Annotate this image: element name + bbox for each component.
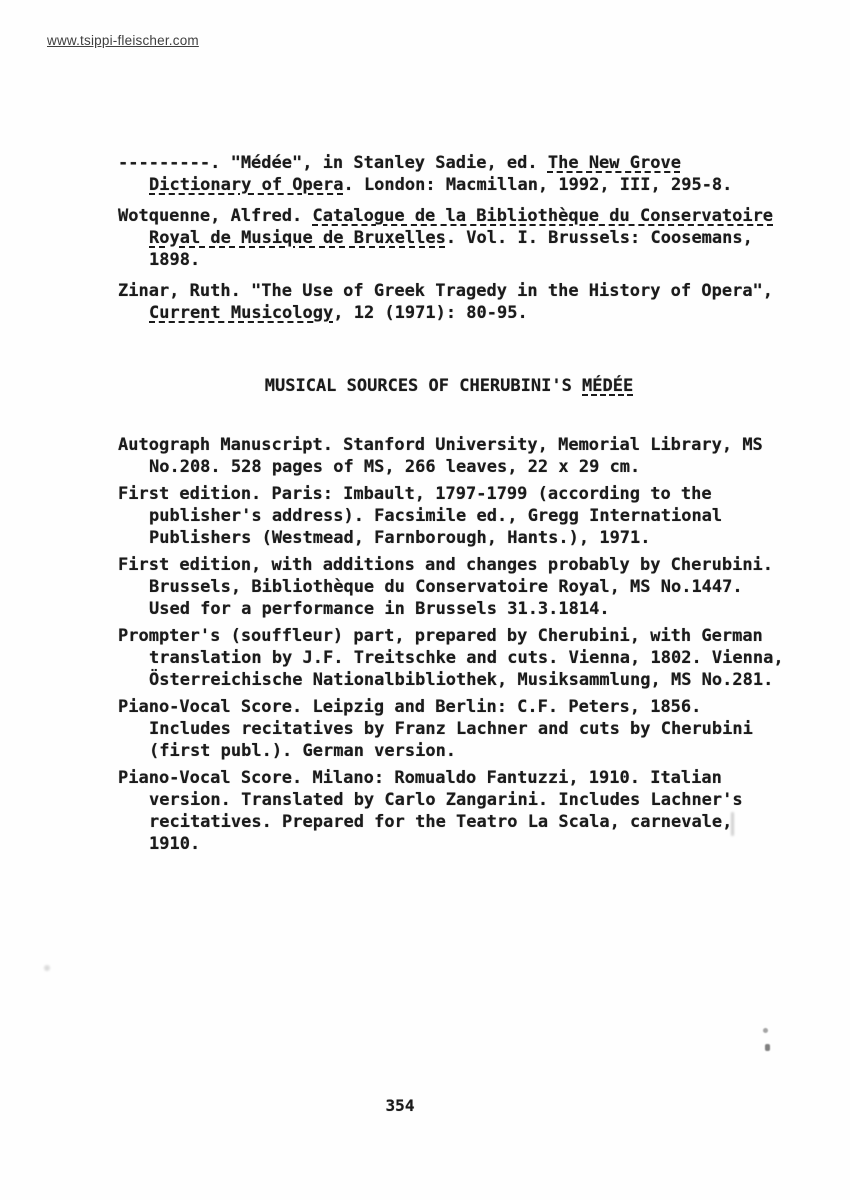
scan-artifact-dot	[765, 1044, 770, 1051]
source-line: recitatives. Prepared for the Teatro La …	[149, 811, 784, 833]
source-line: Österreichische Nationalbibliothek, Musi…	[149, 669, 784, 691]
text-segment: Wotquenne, Alfred.	[118, 206, 312, 226]
scan-artifact-dot	[44, 965, 50, 971]
bibliography-line: Dictionary of Opera. London: Macmillan, …	[149, 174, 773, 196]
source-line: First edition. Paris: Imbault, 1797-1799…	[118, 483, 784, 505]
text-segment: , 12 (1971): 80-95.	[333, 303, 527, 323]
source-entry: First edition, with additions and change…	[118, 554, 784, 620]
underlined-title-segment: Current Musicology	[149, 303, 333, 323]
source-line: No.208. 528 pages of MS, 266 leaves, 22 …	[149, 456, 784, 478]
text-segment: . London: Macmillan, 1992, III, 295-8.	[343, 175, 732, 195]
source-line: version. Translated by Carlo Zangarini. …	[149, 789, 784, 811]
source-entry: Autograph Manuscript. Stanford Universit…	[118, 434, 784, 478]
page-number: 354	[340, 1096, 460, 1115]
source-line: Includes recitatives by Franz Lachner an…	[149, 718, 784, 740]
source-line: 1910.	[149, 833, 784, 855]
underlined-title-segment: The New Grove	[548, 153, 681, 173]
source-entry: Prompter's (souffleur) part, prepared by…	[118, 625, 784, 691]
source-line: translation by J.F. Treitschke and cuts.…	[149, 647, 784, 669]
source-line: Autograph Manuscript. Stanford Universit…	[118, 434, 784, 456]
bibliography-entry: ---------. "Médée", in Stanley Sadie, ed…	[118, 152, 773, 196]
section-heading: MUSICAL SOURCES OF CHERUBINI'S MÉDÉE	[0, 376, 850, 396]
bibliography-entry: Wotquenne, Alfred. Catalogue de la Bibli…	[118, 205, 773, 271]
underlined-title-segment: Dictionary of Opera	[149, 175, 343, 195]
source-line: publisher's address). Facsimile ed., Gre…	[149, 505, 784, 527]
source-entry: Piano-Vocal Score. Leipzig and Berlin: C…	[118, 696, 784, 762]
source-entry: Piano-Vocal Score. Milano: Romualdo Fant…	[118, 767, 784, 855]
source-line: First edition, with additions and change…	[118, 554, 784, 576]
underlined-title-segment: Catalogue de la Bibliothèque du Conserva…	[312, 206, 773, 226]
bibliography-line: Zinar, Ruth. "The Use of Greek Tragedy i…	[118, 280, 773, 302]
source-line: Publishers (Westmead, Farnborough, Hants…	[149, 527, 784, 549]
text-segment: . Vol. I. Brussels: Coosemans,	[446, 228, 753, 248]
source-line: Brussels, Bibliothèque du Conservatoire …	[149, 576, 784, 598]
bibliography-line: Royal de Musique de Bruxelles. Vol. I. B…	[149, 227, 773, 249]
section-heading-prefix: MUSICAL SOURCES OF CHERUBINI'S	[265, 376, 582, 396]
section-heading-title-underlined: MÉDÉE	[582, 376, 633, 396]
text-segment: Zinar, Ruth. "The Use of Greek Tragedy i…	[118, 281, 773, 301]
underlined-title-segment: Royal de Musique de Bruxelles	[149, 228, 446, 248]
site-url-watermark: www.tsippi-fleischer.com	[47, 33, 199, 48]
bibliography-list: ---------. "Médée", in Stanley Sadie, ed…	[118, 152, 773, 333]
bibliography-line: Current Musicology, 12 (1971): 80-95.	[149, 302, 773, 324]
source-line: (first publ.). German version.	[149, 740, 784, 762]
musical-sources-list: Autograph Manuscript. Stanford Universit…	[118, 434, 784, 860]
source-line: Used for a performance in Brussels 31.3.…	[149, 598, 784, 620]
source-entry: First edition. Paris: Imbault, 1797-1799…	[118, 483, 784, 549]
scanned-document-page: www.tsippi-fleischer.com ---------. "Méd…	[0, 0, 850, 1200]
bibliography-line: ---------. "Médée", in Stanley Sadie, ed…	[118, 152, 773, 174]
scan-artifact-dot	[763, 1028, 768, 1033]
bibliography-line: Wotquenne, Alfred. Catalogue de la Bibli…	[118, 205, 773, 227]
source-line: Piano-Vocal Score. Milano: Romualdo Fant…	[118, 767, 784, 789]
source-line: Piano-Vocal Score. Leipzig and Berlin: C…	[118, 696, 784, 718]
source-line: Prompter's (souffleur) part, prepared by…	[118, 625, 784, 647]
text-segment: 1898.	[149, 250, 200, 270]
bibliography-entry: Zinar, Ruth. "The Use of Greek Tragedy i…	[118, 280, 773, 324]
text-segment: ---------. "Médée", in Stanley Sadie, ed…	[118, 153, 548, 173]
bibliography-line: 1898.	[149, 249, 773, 271]
